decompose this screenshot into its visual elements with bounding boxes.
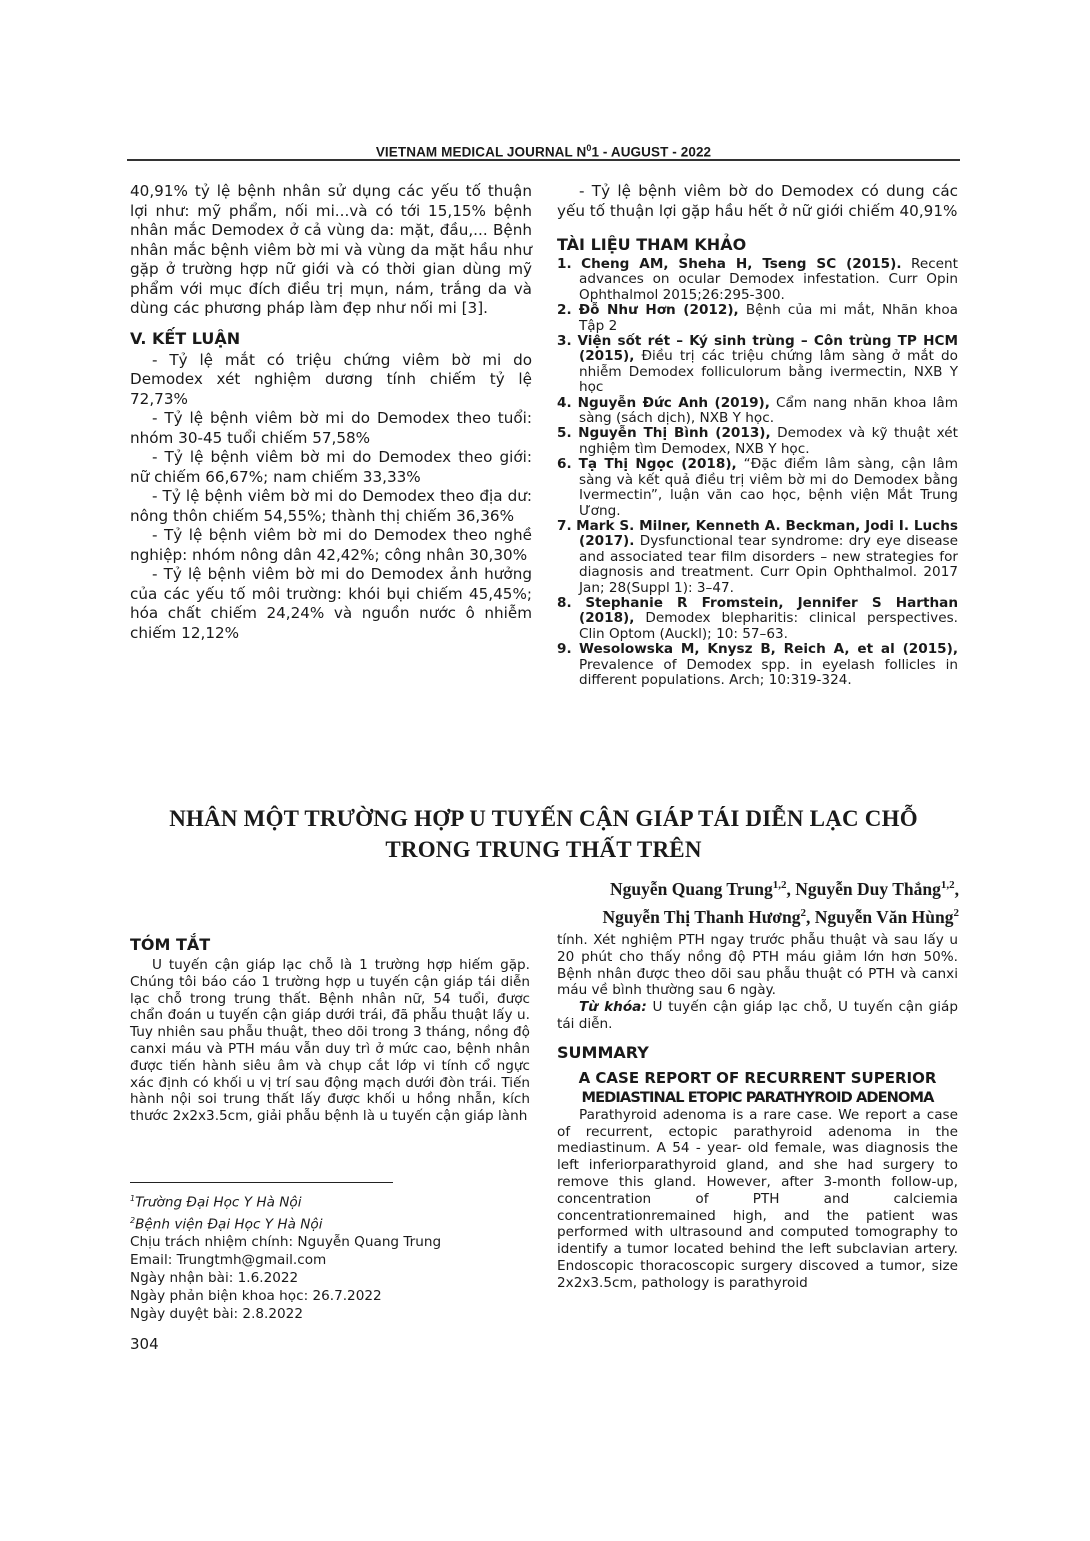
abstract-paragraph: U tuyến cận giáp lạc chỗ là 1 trường hợp… [130,957,530,1125]
reference-number: 5. [557,425,572,441]
running-header: VIETNAM MEDICAL JOURNAL N01 - AUGUST - 2… [127,143,960,160]
reference-authors: Nguyễn Thị Bình (2013), [578,425,771,441]
header-divider [127,159,960,161]
reference-item: 8. Stephanie R Fromstein, Jennifer S Har… [557,596,958,642]
affiliation-2: 2Bệnh viện Đại Học Y Hà Nội [130,1212,530,1234]
date-accepted: Ngày duyệt bài: 2.8.2022 [130,1305,530,1323]
journal-name-prefix: VIETNAM MEDICAL JOURNAL N [376,145,587,160]
author-separator: , [955,879,959,899]
reference-item: 5. Nguyễn Thị Bình (2013), Demodex và kỹ… [557,426,958,457]
reference-number: 7. [557,518,572,534]
reference-item: 1. Cheng AM, Sheha H, Tseng SC (2015). R… [557,257,958,303]
previous-article-left-column: 40,91% tỷ lệ bệnh nhân sử dụng các yếu t… [130,182,532,643]
author-name: Nguyễn Duy Thắng [795,879,941,899]
article-title-line: NHÂN MỘT TRƯỜNG HỢP U TUYẾN CẬN GIÁP TÁI… [127,803,960,834]
reference-text: Dysfunctional tear syndrome: dry eye dis… [579,533,958,595]
abstract-left-column: TÓM TẮT U tuyến cận giáp lạc chỗ là 1 tr… [130,935,530,1125]
author-line: Nguyễn Thị Thanh Hương2, Nguyễn Văn Hùng… [602,901,959,929]
author-name: Nguyễn Thị Thanh Hương [602,907,800,927]
affiliation-1: 1Trường Đại Học Y Hà Nội [130,1190,530,1212]
reference-text: Điều trị các triệu chứng lâm sàng ở mắt … [579,348,958,395]
reference-number: 2. [557,302,572,318]
reference-authors: Cheng AM, Sheha H, Tseng SC (2015). [581,256,901,272]
corresponding-author: Chịu trách nhiệm chính: Nguyễn Quang Tru… [130,1233,530,1251]
conclusion-heading: V. KẾT LUẬN [130,329,532,349]
reference-text: Prevalence of Demodex spp. in eyelash fo… [579,657,958,688]
author-line: Nguyễn Quang Trung1,2, Nguyễn Duy Thắng1… [602,873,959,901]
author-separator: , [806,907,815,927]
keywords: Từ khóa: U tuyến cận giáp lạc chỗ, U tuy… [557,999,958,1033]
reference-number: 3. [557,333,572,349]
reference-authors: Wesolowska M, Knysz B, Reich A, et al (2… [579,641,958,657]
author-separator: , [787,879,796,899]
conclusion-item: - Tỷ lệ bệnh viêm bờ mi do Demodex ảnh h… [130,565,532,643]
reference-item: 6. Tạ Thị Ngọc (2018), “Đặc điểm lâm sàn… [557,457,958,519]
contact-email: Email: Trungtmh@gmail.com [130,1251,530,1269]
reference-item: 3. Viện sốt rét – Ký sinh trùng – Côn tr… [557,334,958,396]
date-reviewed: Ngày phản biện khoa học: 26.7.2022 [130,1287,530,1305]
author-list: Nguyễn Quang Trung1,2, Nguyễn Duy Thắng1… [602,873,959,929]
keywords-label: Từ khóa: [579,999,647,1015]
reference-number: 8. [557,595,572,611]
footnote-divider [130,1182,393,1183]
reference-number: 9. [557,641,572,657]
previous-article-right-column: - Tỷ lệ bệnh viêm bờ do Demodex có dung … [557,182,958,688]
conclusion-item: - Tỷ lệ bệnh viêm bờ do Demodex có dung … [557,182,958,221]
page-number: 304 [130,1335,159,1353]
reference-authors: Tạ Thị Ngọc (2018), [579,456,737,472]
reference-text: Demodex blepharitis: clinical perspectiv… [579,610,958,641]
reference-number: 6. [557,456,572,472]
author-name: Nguyễn Quang Trung [610,879,773,899]
references-heading: TÀI LIỆU THAM KHẢO [557,235,958,255]
abstract-paragraph-continued: tính. Xét nghiệm PTH ngay trước phẫu thu… [557,932,958,999]
journal-page: VIETNAM MEDICAL JOURNAL N01 - AUGUST - 2… [0,0,1090,1541]
conclusion-item: - Tỷ lệ bệnh viêm bờ mi do Demodex theo … [130,448,532,487]
conclusion-item: - Tỷ lệ bệnh viêm bờ mi do Demodex theo … [130,487,532,526]
reference-number: 4. [557,395,572,411]
abstract-heading: TÓM TẮT [130,935,530,955]
abstract-right-column: tính. Xét nghiệm PTH ngay trước phẫu thu… [557,932,958,1292]
reference-item: 4. Nguyễn Đức Anh (2019), Cẩm nang nhãn … [557,396,958,427]
affiliation-text: Bệnh viện Đại Học Y Hà Nội [135,1216,322,1232]
reference-item: 2. Đỗ Như Hơn (2012), Bệnh của mi mắt, N… [557,303,958,334]
affiliation-text: Trường Đại Học Y Hà Nội [135,1195,301,1211]
date-received: Ngày nhận bài: 1.6.2022 [130,1269,530,1287]
reference-list: 1. Cheng AM, Sheha H, Tseng SC (2015). R… [557,257,958,688]
author-name: Nguyễn Văn Hùng [815,907,954,927]
footnotes: 1Trường Đại Học Y Hà Nội 2Bệnh viện Đại … [130,1190,530,1323]
reference-item: 9. Wesolowska M, Knysz B, Reich A, et al… [557,642,958,688]
article-title: NHÂN MỘT TRƯỜNG HỢP U TUYẾN CẬN GIÁP TÁI… [127,803,960,865]
reference-authors: Nguyễn Đức Anh (2019), [578,395,770,411]
conclusion-item: - Tỷ lệ bệnh viêm bờ mi do Demodex theo … [130,526,532,565]
reference-number: 1. [557,256,572,272]
discussion-paragraph: 40,91% tỷ lệ bệnh nhân sử dụng các yếu t… [130,182,532,319]
reference-authors: Đỗ Như Hơn (2012), [579,302,739,318]
author-affiliation: 1,2 [773,879,787,891]
english-title-line: MEDIASTINAL ETOPIC PARATHYROID ADENOMA [557,1088,958,1107]
conclusion-item: - Tỷ lệ bệnh viêm bờ mi do Demodex theo … [130,409,532,448]
reference-item: 7. Mark S. Milner, Kenneth A. Beckman, J… [557,519,958,596]
conclusion-item: - Tỷ lệ mắt có triệu chứng viêm bờ mi do… [130,351,532,410]
journal-issue-date: 1 - AUGUST - 2022 [591,145,711,160]
summary-heading: SUMMARY [557,1043,958,1063]
author-affiliation: 1,2 [941,879,955,891]
author-affiliation: 2 [954,907,960,919]
english-title-line: A CASE REPORT OF RECURRENT SUPERIOR [557,1069,958,1088]
summary-paragraph: Parathyroid adenoma is a rare case. We r… [557,1107,958,1292]
article-title-line: TRONG TRUNG THẤT TRÊN [127,834,960,865]
